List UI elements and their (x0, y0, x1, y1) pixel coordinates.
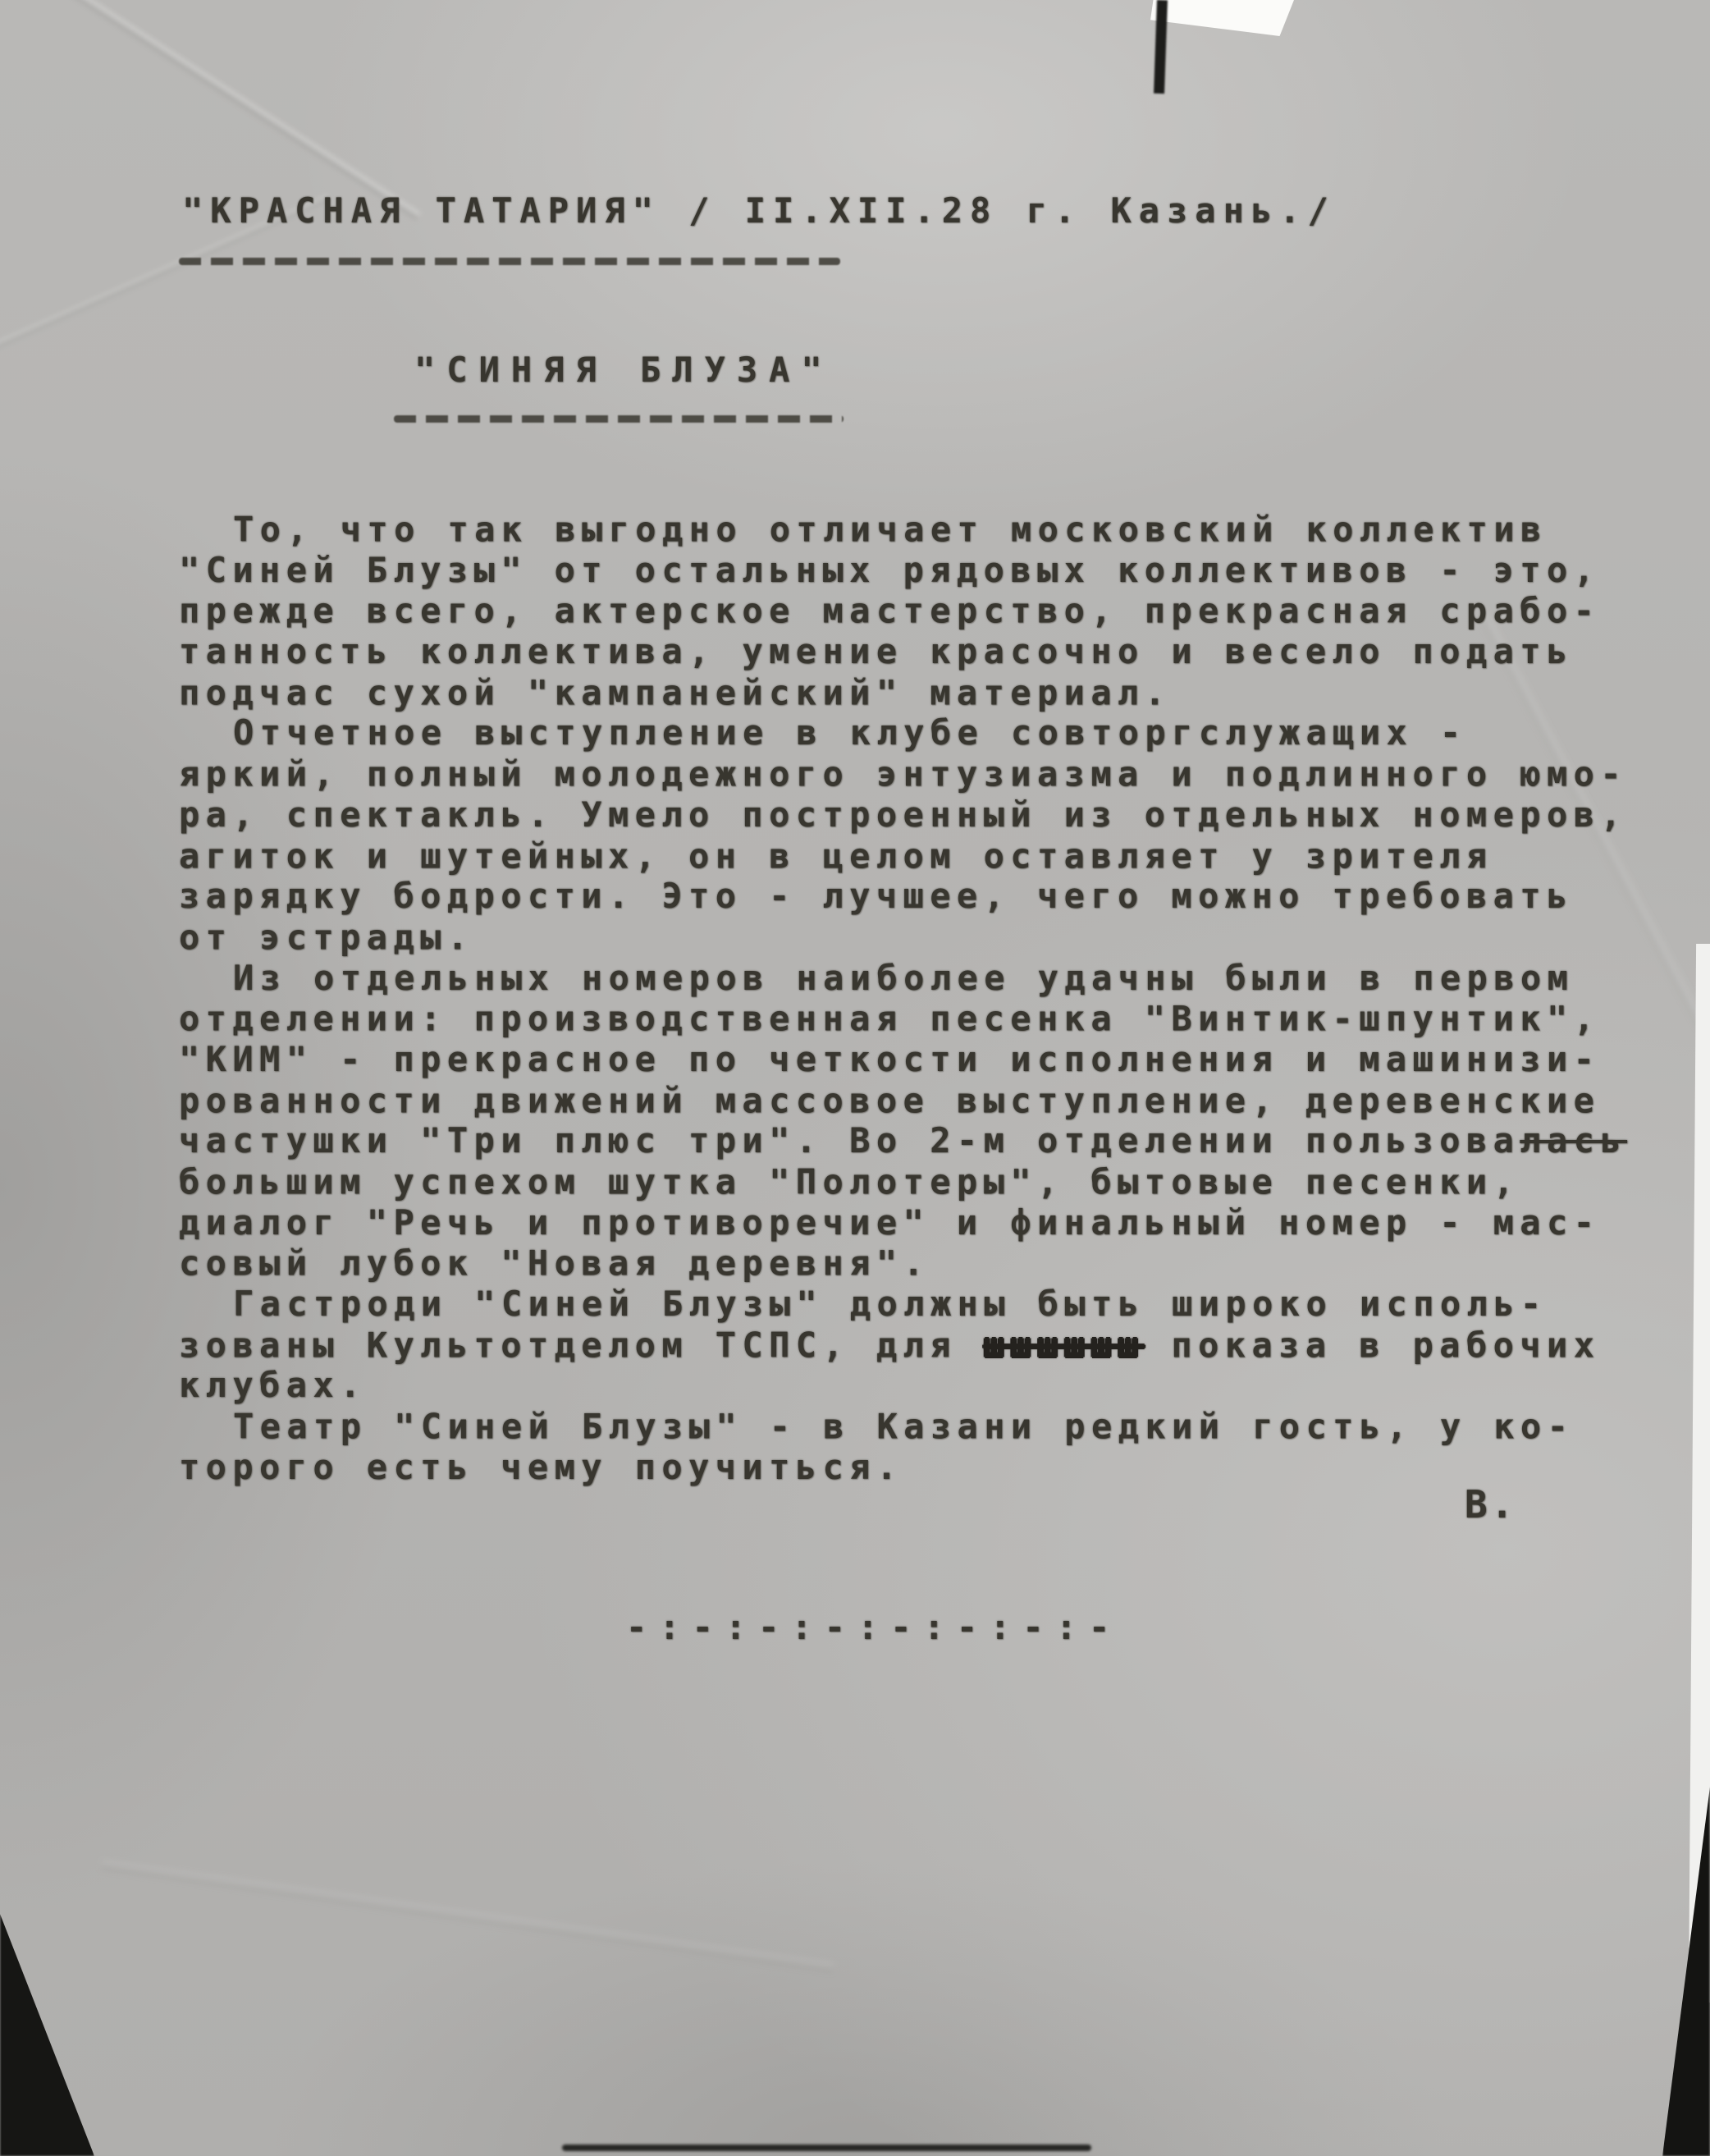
article-line: диалог "Речь и противоречие" и финальный… (179, 1202, 1705, 1243)
line-text: яркий, полный молодежного энтузиазма и п… (179, 754, 1627, 794)
line-text: танность коллектива, умение красочно и в… (179, 631, 1574, 671)
line-text: Гастроди "Синей Блузы" должны быть широк… (233, 1284, 1548, 1324)
scan-edge-shadow (562, 2145, 1091, 2151)
article-line: рованности движений массовое выступление… (179, 1080, 1705, 1121)
paper-crease (0, 0, 421, 220)
article-line: "КИМ" - прекрасное по четкости исполнени… (179, 1039, 1705, 1080)
line-text: "КИМ" - прекрасное по четкости исполнени… (179, 1039, 1600, 1079)
line-text: "Синей Блузы" от остальных рядовых колле… (179, 550, 1600, 590)
article-line: Театр "Синей Блузы" - в Казани редкий го… (179, 1407, 1705, 1448)
line-text: зарядку бодрости. Это - лучшее, чего мож… (179, 876, 1574, 916)
line-text: частушки "Три плюс три". Во 2-м отделени… (179, 1120, 1520, 1160)
paper-crease (102, 1861, 834, 1971)
line-text: Театр "Синей Блузы" - в Казани редкий го… (233, 1407, 1574, 1447)
publication-header: "КРАСНАЯ ТАТАРИЯ" / II.XII.28 г. Казань.… (182, 190, 1336, 231)
article-line: То, что так выгодно отличает московский … (179, 510, 1705, 551)
scanned-document: "КРАСНАЯ ТАТАРИЯ" / II.XII.28 г. Казань.… (0, 0, 1710, 2156)
line-text: рованности движений массовое выступление… (179, 1080, 1600, 1120)
article-line: частушки "Три плюс три". Во 2-м отделени… (179, 1120, 1705, 1161)
article-line: яркий, полный молодежного энтузиазма и п… (179, 754, 1705, 795)
article-line: зарядку бодрости. Это - лучшее, чего мож… (179, 876, 1705, 917)
line-text: торого есть чему поучиться. (179, 1447, 903, 1487)
line-text: совый лубок "Новая деревня". (179, 1243, 930, 1284)
article-line: "Синей Блузы" от остальных рядовых колле… (179, 550, 1705, 591)
article-line: агиток и шутейных, он в целом оставляет … (179, 835, 1705, 877)
article-title: "СИНЯЯ БЛУЗА" (414, 350, 834, 390)
line-text: Отчетное выступление в клубе совторгслуж… (233, 712, 1467, 753)
struck-text: шшшшшш (984, 1325, 1145, 1365)
line-text: Из отдельных номеров наиболее удачны был… (233, 958, 1574, 998)
article-line: клубах. (179, 1365, 1705, 1406)
line-text: от эстрады. (179, 917, 474, 957)
author-initial: В. (1465, 1482, 1516, 1527)
line-text: клубах. (179, 1365, 367, 1405)
article-line: большим успехом шутка "Полотеры", бытовы… (179, 1162, 1705, 1203)
article-line: Отчетное выступление в клубе совторгслуж… (179, 712, 1705, 753)
title-underline (394, 415, 844, 423)
article-line: Гастроди "Синей Блузы" должны быть широк… (179, 1284, 1705, 1325)
line-text: ра, спектакль. Умело построенный из отде… (179, 794, 1627, 835)
line-text: То, что так выгодно отличает московский … (233, 510, 1548, 550)
line-text: показа в рабочих (1145, 1325, 1601, 1365)
line-text: прежде всего, актерское мастерство, прек… (179, 591, 1600, 631)
end-divider: -:-:-:-:-:-:-:- (626, 1607, 1122, 1647)
article-line: совый лубок "Новая деревня". (179, 1243, 1705, 1284)
paper-sheet: "КРАСНАЯ ТАТАРИЯ" / II.XII.28 г. Казань.… (0, 0, 1710, 2156)
line-text: агиток и шутейных, он в целом оставляет … (179, 835, 1493, 876)
article-line: ра, спектакль. Умело построенный из отде… (179, 794, 1705, 835)
article-body: То, что так выгодно отличает московский … (179, 509, 1705, 1488)
article-line: прежде всего, актерское мастерство, прек… (179, 591, 1705, 632)
line-text: отделении: производственная песенка "Вин… (179, 999, 1600, 1039)
line-text: диалог "Речь и противоречие" и финальный… (179, 1202, 1600, 1243)
struck-text: лась (1520, 1120, 1627, 1160)
article-line: от эстрады. (179, 917, 1705, 958)
article-line: зованы Культотделом ТСПС, для шшшшшш пок… (179, 1325, 1705, 1366)
header-underline (179, 258, 840, 265)
line-text: подчас сухой "кампанейский" материал. (179, 672, 1171, 712)
article-line: танность коллектива, умение красочно и в… (179, 631, 1705, 672)
line-text: большим успехом шутка "Полотеры", бытовы… (179, 1162, 1520, 1202)
article-line: Из отдельных номеров наиболее удачны был… (179, 958, 1705, 999)
article-line: подчас сухой "кампанейский" материал. (179, 672, 1705, 713)
line-text: зованы Культотделом ТСПС, для (179, 1325, 984, 1365)
article-line: отделении: производственная песенка "Вин… (179, 999, 1705, 1040)
